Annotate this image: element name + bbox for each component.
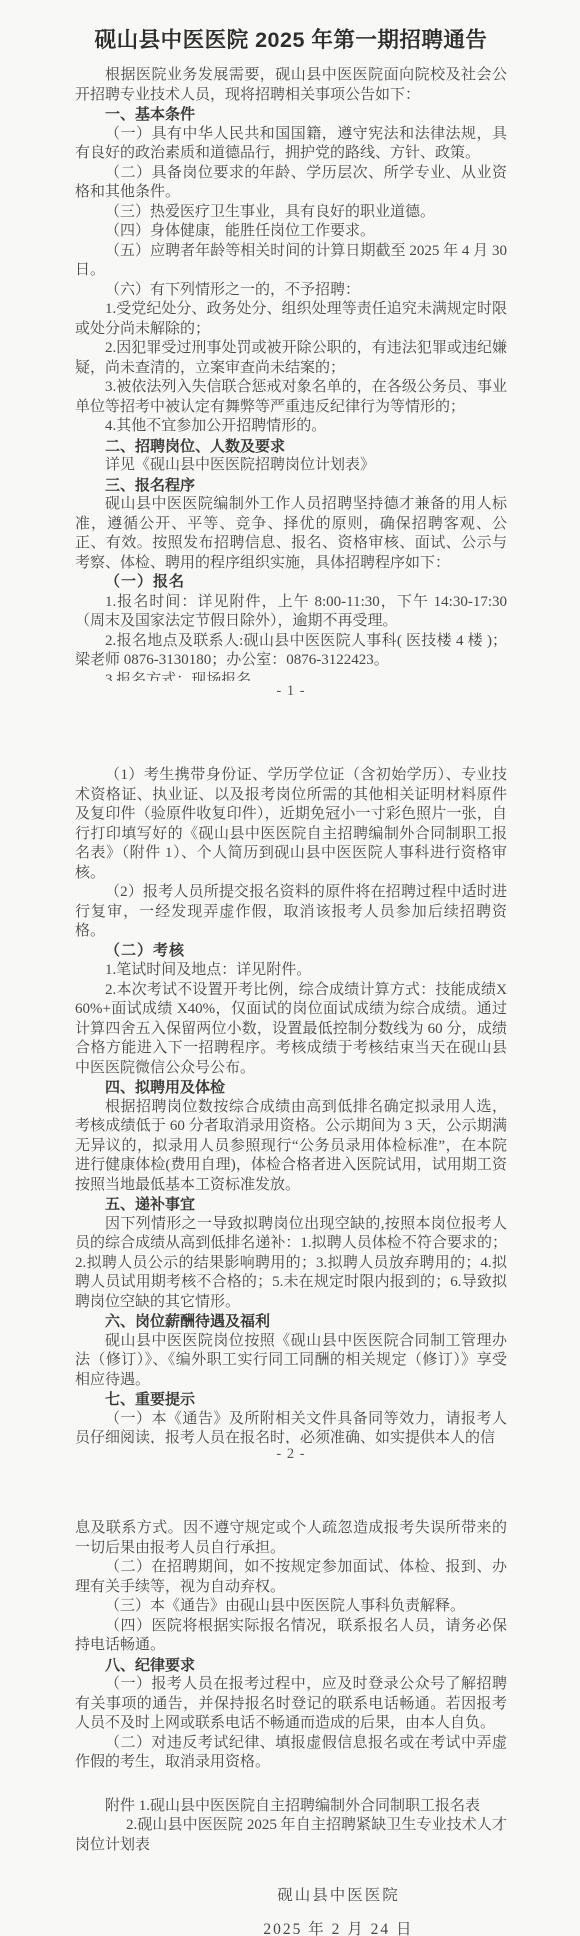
paragraph: 2.报名地点及联系人:砚山县中医医院人事科( 医技楼 4 楼 )；梁老师 087… [75, 632, 507, 671]
subsection-heading: （一）报名 [75, 573, 507, 593]
paragraph: （六）有下列情形之一的，不予招聘： [75, 281, 507, 301]
page-3-content: 息及联系方式。因不遵守规定或个人疏忽造成报考失误所带来的一切后果由报考人员自行承… [75, 1475, 507, 1936]
paragraph: 1.笔试时间及地点：详见附件。 [75, 961, 507, 981]
paragraph: （一）具有中华人民共和国国籍，遵守宪法和法律法规，具有良好的政治素质和道德品行，… [75, 125, 507, 164]
section-heading: 六、岗位薪酬待遇及福利 [75, 1312, 507, 1332]
paragraph: 根据医院业务发展需要，砚山县中医医院面向院校及社会公开招聘专业技术人员，现将招聘… [75, 66, 507, 105]
paragraph: （二）具备岗位要求的年龄、学历层次、所学专业、从业资格和其他条件。 [75, 164, 507, 203]
document-scan: 砚山县中医医院 2025 年第一期招聘通告 根据医院业务发展需要，砚山县中医医院… [0, 0, 580, 1936]
page-number: - 1 - [75, 681, 507, 712]
paragraph: （四）身体健康，能胜任岗位工作要求。 [75, 222, 507, 242]
paragraph: （一）本《通告》及所附相关文件具备同等效力，请报考人员仔细阅读，报考人员在报名时… [75, 1410, 507, 1445]
paragraph: 砚山县中医医院编制外工作人员招聘坚持德才兼备的用人标准，遵循公开、平等、竞争、择… [75, 495, 507, 573]
paragraph: 4.其他不宜参加公开招聘情形的。 [75, 417, 507, 437]
section-heading: 五、递补事宜 [75, 1195, 507, 1215]
paragraph: 根据招聘岗位数按综合成绩由高到低排名确定拟录用人选，考核成绩低于 60 分者取消… [75, 1098, 507, 1196]
paragraph: （五）应聘者年龄等相关时间的计算日期截至 2025 年 4 月 30 日。 [75, 242, 507, 281]
paragraph: （二）在招聘期间，如不按规定参加面试、体检、报到、办理有关手续等，视为自动弃权。 [75, 1558, 507, 1597]
paragraph: 2.因犯罪受过刑事处罚或被开除公职的，有违法犯罪或违纪嫌疑，尚未查清的，立案审查… [75, 339, 507, 378]
section-heading: 二、招聘岗位、人数及要求 [75, 437, 507, 457]
paragraph: （四）医院将根据实际报名情况，联系报名人员，请务必保持电话畅通。 [75, 1617, 507, 1656]
paragraph: 因下列情形之一导致拟聘岗位出现空缺的,按照本岗位报考人员的综合成绩从高到低排名递… [75, 1215, 507, 1313]
attachment-line: 2.砚山县中医医院 2025 年自主招聘紧缺卫生专业技术人才岗位计划表 [75, 1816, 507, 1855]
document-title: 砚山县中医医院 2025 年第一期招聘通告 [75, 26, 507, 54]
page-1-content: 根据医院业务发展需要，砚山县中医医院面向院校及社会公开招聘专业技术人员，现将招聘… [75, 66, 507, 681]
attachment-line: 附件 1.砚山县中医医院自主招聘编制外合同制职工报名表 [75, 1797, 507, 1817]
section-heading: 一、基本条件 [75, 105, 507, 125]
section-heading: 三、报名程序 [75, 476, 507, 496]
section-heading: 七、重要提示 [75, 1390, 507, 1410]
paragraph: 1.受党纪处分、政务处分、组织处理等责任追究未满规定时限或处分尚未解除的； [75, 300, 507, 339]
issue-date: 2025 年 2 月 24 日 [170, 1917, 507, 1936]
page-number: - 2 - [75, 1444, 507, 1475]
paragraph: 2.本次考试不设置开考比例，综合成绩计算方式：技能成绩X60%+面试成绩 X40… [75, 981, 507, 1079]
page-2-content: （1）考生携带身份证、学历学位证（含初始学历）、专业技术资格证、执业证、以及报考… [75, 712, 507, 1444]
page-3: 息及联系方式。因不遵守规定或个人疏忽造成报考失误所带来的一切后果由报考人员自行承… [0, 1475, 580, 1936]
section-heading: 八、纪律要求 [75, 1656, 507, 1676]
paragraph: （1）考生携带身份证、学历学位证（含初始学历）、专业技术资格证、执业证、以及报考… [75, 766, 507, 883]
paragraph: 详见《砚山县中医医院招聘岗位计划表》 [75, 456, 507, 476]
paragraph: （2）报考人员所提交报名资料的原件将在招聘过程中适时进行复审，一经发现弄虚作假，… [75, 883, 507, 942]
paragraph: 3.被依法列入失信联合惩戒对象名单的，在各级公务员、事业单位等招考中被认定有舞弊… [75, 378, 507, 417]
paragraph: 1.报名时间：详见附件，上午 8:00-11:30，下午 14:30-17:30… [75, 593, 507, 632]
paragraph: 砚山县中医医院岗位按照《砚山县中医医院合同制工管理办法（修订）》、《编外职工实行… [75, 1332, 507, 1391]
page-1: 砚山县中医医院 2025 年第一期招聘通告 根据医院业务发展需要，砚山县中医医院… [0, 0, 580, 712]
paragraph: 3.报名方式：现场报名 [75, 671, 507, 682]
section-heading: 四、拟聘用及体检 [75, 1078, 507, 1098]
paragraph: （三）热爱医疗卫生事业，具有良好的职业道德。 [75, 203, 507, 223]
paragraph: （二）对违反考试纪律、填报虚假信息报名或在考试中弄虚作假的考生，取消录用资格。 [75, 1734, 507, 1773]
paragraph: 息及联系方式。因不遵守规定或个人疏忽造成报考失误所带来的一切后果由报考人员自行承… [75, 1519, 507, 1558]
paragraph: （三）本《通告》由砚山县中医医院人事科负责解释。 [75, 1597, 507, 1617]
page-2: （1）考生携带身份证、学历学位证（含初始学历）、专业技术资格证、执业证、以及报考… [0, 712, 580, 1475]
subsection-heading: （二）考核 [75, 942, 507, 962]
issuing-organization: 砚山县中医医院 [170, 1883, 507, 1905]
signature-block: 砚山县中医医院2025 年 2 月 24 日 [75, 1883, 507, 1936]
paragraph: （一）报考人员在报考过程中，应及时登录公众号了解招聘有关事项的通告，并保持报名时… [75, 1675, 507, 1734]
